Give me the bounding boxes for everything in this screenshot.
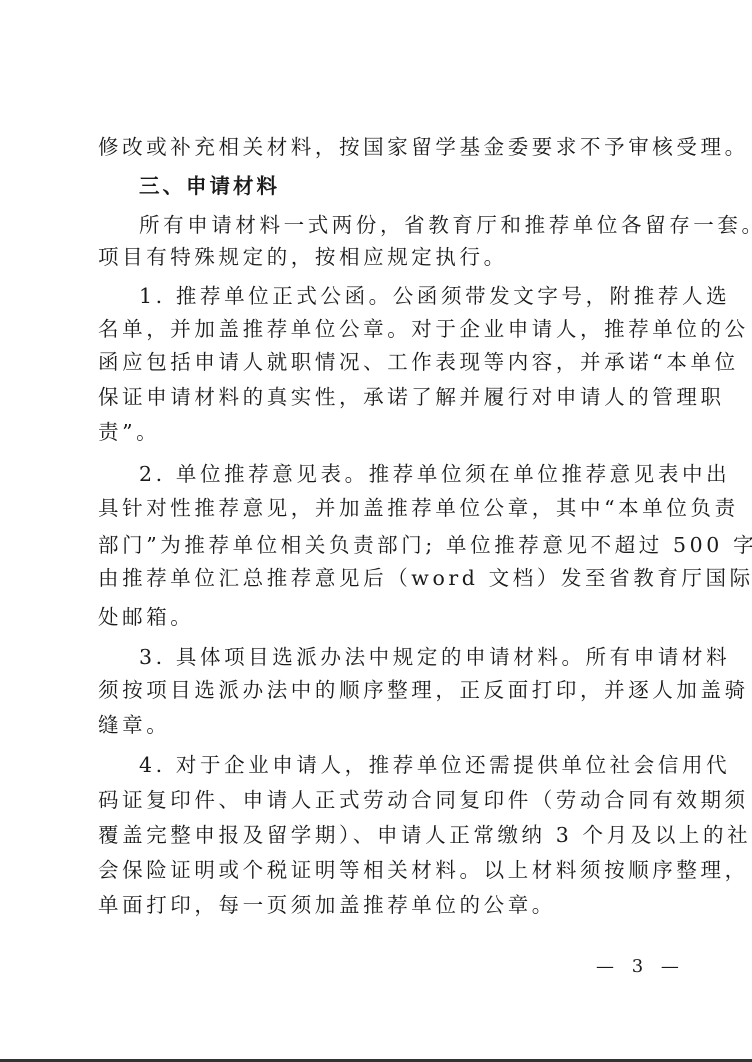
list-item-2-line: 2. 单位推荐意见表。推荐单位须在单位推荐意见表中出 bbox=[139, 461, 668, 487]
list-item-2-line: 由推荐单位汇总推荐意见后（word 文档）发至省教育厅国际 bbox=[98, 565, 668, 591]
list-item-1-line: 保证申请材料的真实性，承诺了解并履行对申请人的管理职 bbox=[98, 384, 668, 410]
paragraph-line: 项目有特殊规定的，按相应规定执行。 bbox=[98, 244, 668, 270]
list-item-1-line: 函应包括申请人就职情况、工作表现等内容，并承诺“本单位 bbox=[98, 349, 668, 375]
list-item-1-line: 责”。 bbox=[98, 419, 668, 445]
list-item-1-line: 名单，并加盖推荐单位公章。对于企业申请人，推荐单位的公 bbox=[98, 316, 668, 342]
list-item-4-line: 会保险证明或个税证明等相关材料。以上材料须按顺序整理， bbox=[98, 857, 668, 883]
section-heading: 三、申请材料 bbox=[139, 173, 668, 199]
paragraph-line: 所有申请材料一式两份，省教育厅和推荐单位各留存一套。 bbox=[139, 212, 668, 238]
list-item-4-line: 4. 对于企业申请人，推荐单位还需提供单位社会信用代 bbox=[139, 752, 668, 778]
list-item-2-line: 处邮箱。 bbox=[98, 604, 668, 630]
list-item-1-line: 1. 推荐单位正式公函。公函须带发文字号，附推荐人选 bbox=[139, 283, 668, 309]
list-item-4-line: 码证复印件、申请人正式劳动合同复印件（劳动合同有效期须 bbox=[98, 787, 668, 813]
list-item-3-line: 缝章。 bbox=[98, 712, 668, 738]
paragraph-line: 修改或补充相关材料，按国家留学基金委要求不予审核受理。 bbox=[98, 134, 668, 160]
list-item-4-line: 单面打印，每一页须加盖推荐单位的公章。 bbox=[98, 892, 668, 918]
page-number: — 3 — bbox=[596, 956, 685, 977]
list-item-2-line: 部门”为推荐单位相关负责部门; 单位推荐意见不超过 500 字， bbox=[98, 532, 668, 558]
list-item-4-line: 覆盖完整申报及留学期）、申请人正常缴纳 3 个月及以上的社 bbox=[98, 822, 668, 848]
list-item-3-line: 须按项目选派办法中的顺序整理，正反面打印，并逐人加盖骑 bbox=[98, 677, 668, 703]
list-item-3-line: 3. 具体项目选派办法中规定的申请材料。所有申请材料 bbox=[139, 644, 668, 670]
list-item-2-line: 具针对性推荐意见，并加盖推荐单位公章，其中“本单位负责 bbox=[98, 495, 668, 521]
document-page: 修改或补充相关材料，按国家留学基金委要求不予审核受理。 三、申请材料 所有申请材… bbox=[0, 0, 752, 1062]
